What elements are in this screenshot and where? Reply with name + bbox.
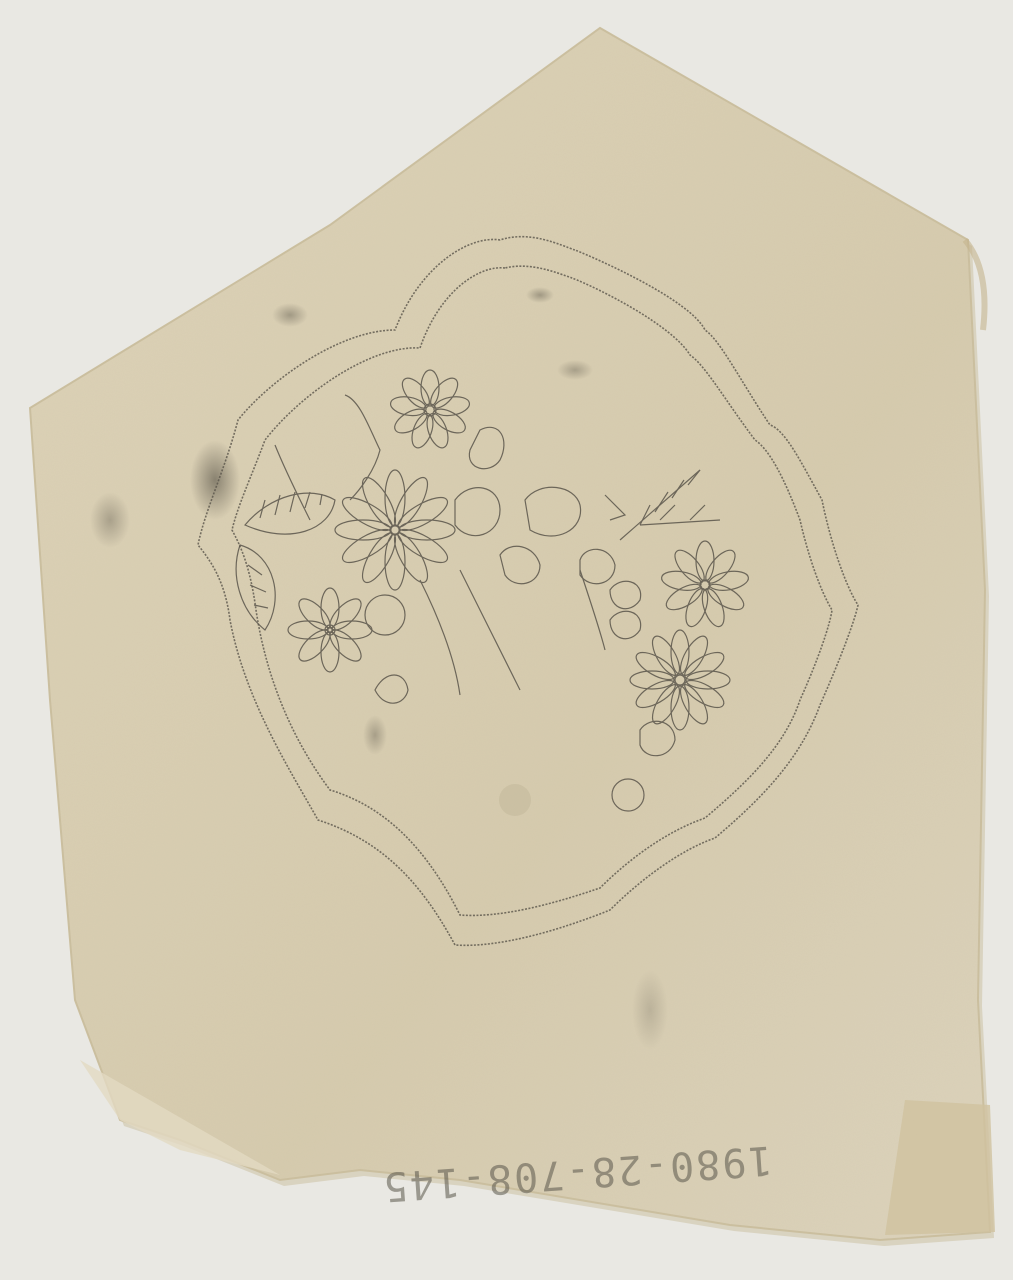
paper-sheet bbox=[30, 28, 995, 1246]
photograph bbox=[0, 0, 1013, 1280]
